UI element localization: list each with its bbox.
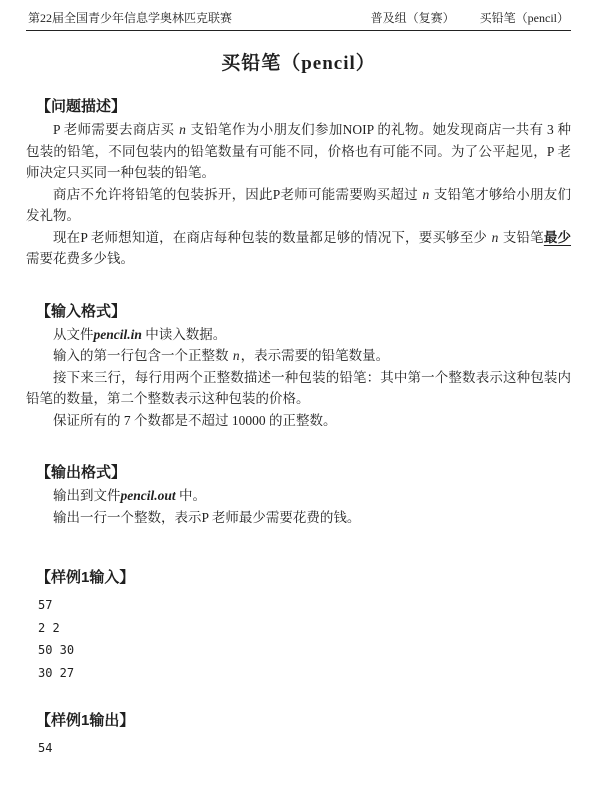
- input-filename: pencil.in: [94, 327, 142, 342]
- section-heading-sample1-output: 【样例1输出】: [36, 711, 571, 731]
- running-header: 第22届全国青少年信息学奥林匹克联赛 普及组（复赛） 买铅笔（pencil）: [26, 8, 571, 26]
- paragraph-3: 现在P 老师想知道，在商店每种包装的数量都足够的情况下，要买够至少 n 支铅笔最…: [26, 227, 571, 270]
- input-line-2: 输入的第一行包含一个正整数 n，表示需要的铅笔数量。: [26, 345, 571, 367]
- output-line-2: 输出一行一个整数，表示P 老师最少需要花费的钱。: [26, 507, 571, 529]
- text-run: 需要花费多少钱。: [26, 251, 134, 266]
- header-problem-name: 买铅笔（pencil）: [480, 10, 569, 26]
- variable-n: n: [491, 230, 500, 245]
- output-line-1: 输出到文件pencil.out 中。: [26, 485, 571, 507]
- section-heading-input: 【输入格式】: [36, 302, 571, 322]
- section-heading-output: 【输出格式】: [36, 463, 571, 483]
- text-run: 现在P 老师想知道，在商店每种包装的数量都足够的情况下，要买够至少: [53, 230, 491, 245]
- section-problem-description: 【问题描述】 P 老师需要去商店买 n 支铅笔作为小朋友们参加NOIP 的礼物。…: [26, 97, 571, 270]
- document-page: 第22届全国青少年信息学奥林匹克联赛 普及组（复赛） 买铅笔（pencil） 买…: [0, 0, 593, 794]
- variable-n: n: [178, 122, 187, 137]
- code-line: 50 30: [38, 639, 571, 662]
- text-run: 中读入数据。: [142, 327, 226, 342]
- text-run: 支铅笔: [499, 230, 544, 245]
- text-run: 商店不允许将铅笔的包装拆开，因此P老师可能需要购买超过: [53, 187, 422, 202]
- text-run: 输出到文件: [53, 488, 121, 503]
- output-filename: pencil.out: [121, 488, 176, 503]
- paragraph-1: P 老师需要去商店买 n 支铅笔作为小朋友们参加NOIP 的礼物。她发现商店一共…: [26, 119, 571, 184]
- sample-input-block: 57 2 2 50 30 30 27: [38, 594, 571, 684]
- text-run: ，表示需要的铅笔数量。: [241, 348, 390, 363]
- header-contest-name: 第22届全国青少年信息学奥林匹克联赛: [28, 10, 232, 26]
- input-line-3: 接下来三行，每行用两个正整数描述一种包装的铅笔：其中第一个整数表示这种包装内铅笔…: [26, 367, 571, 410]
- header-right-group: 普及组（复赛） 买铅笔（pencil）: [371, 10, 569, 26]
- variable-n: n: [422, 187, 431, 202]
- page-title: 买铅笔（pencil）: [26, 51, 571, 77]
- section-sample1-output: 【样例1输出】 54: [26, 711, 571, 760]
- variable-n: n: [232, 348, 241, 363]
- header-rule: [26, 30, 571, 31]
- code-line: 2 2: [38, 617, 571, 640]
- section-output-format: 【输出格式】 输出到文件pencil.out 中。 输出一行一个整数，表示P 老…: [26, 463, 571, 528]
- code-line: 54: [38, 737, 571, 760]
- sample-output-block: 54: [38, 737, 571, 760]
- paragraph-2: 商店不允许将铅笔的包装拆开，因此P老师可能需要购买超过 n 支铅笔才够给小朋友们…: [26, 184, 571, 227]
- code-line: 30 27: [38, 662, 571, 685]
- section-heading-sample1-input: 【样例1输入】: [36, 568, 571, 588]
- section-input-format: 【输入格式】 从文件pencil.in 中读入数据。 输入的第一行包含一个正整数…: [26, 302, 571, 432]
- header-division: 普及组（复赛）: [371, 10, 455, 26]
- text-run: 中。: [176, 488, 206, 503]
- text-run: 从文件: [53, 327, 94, 342]
- input-line-4: 保证所有的 7 个数都是不超过 10000 的正整数。: [26, 410, 571, 432]
- section-sample1-input: 【样例1输入】 57 2 2 50 30 30 27: [26, 568, 571, 684]
- text-run: 输入的第一行包含一个正整数: [53, 348, 232, 363]
- text-run: P 老师需要去商店买: [53, 122, 178, 137]
- input-line-1: 从文件pencil.in 中读入数据。: [26, 324, 571, 346]
- section-heading-problem: 【问题描述】: [36, 97, 571, 117]
- code-line: 57: [38, 594, 571, 617]
- emphasis-minimum: 最少: [544, 230, 571, 245]
